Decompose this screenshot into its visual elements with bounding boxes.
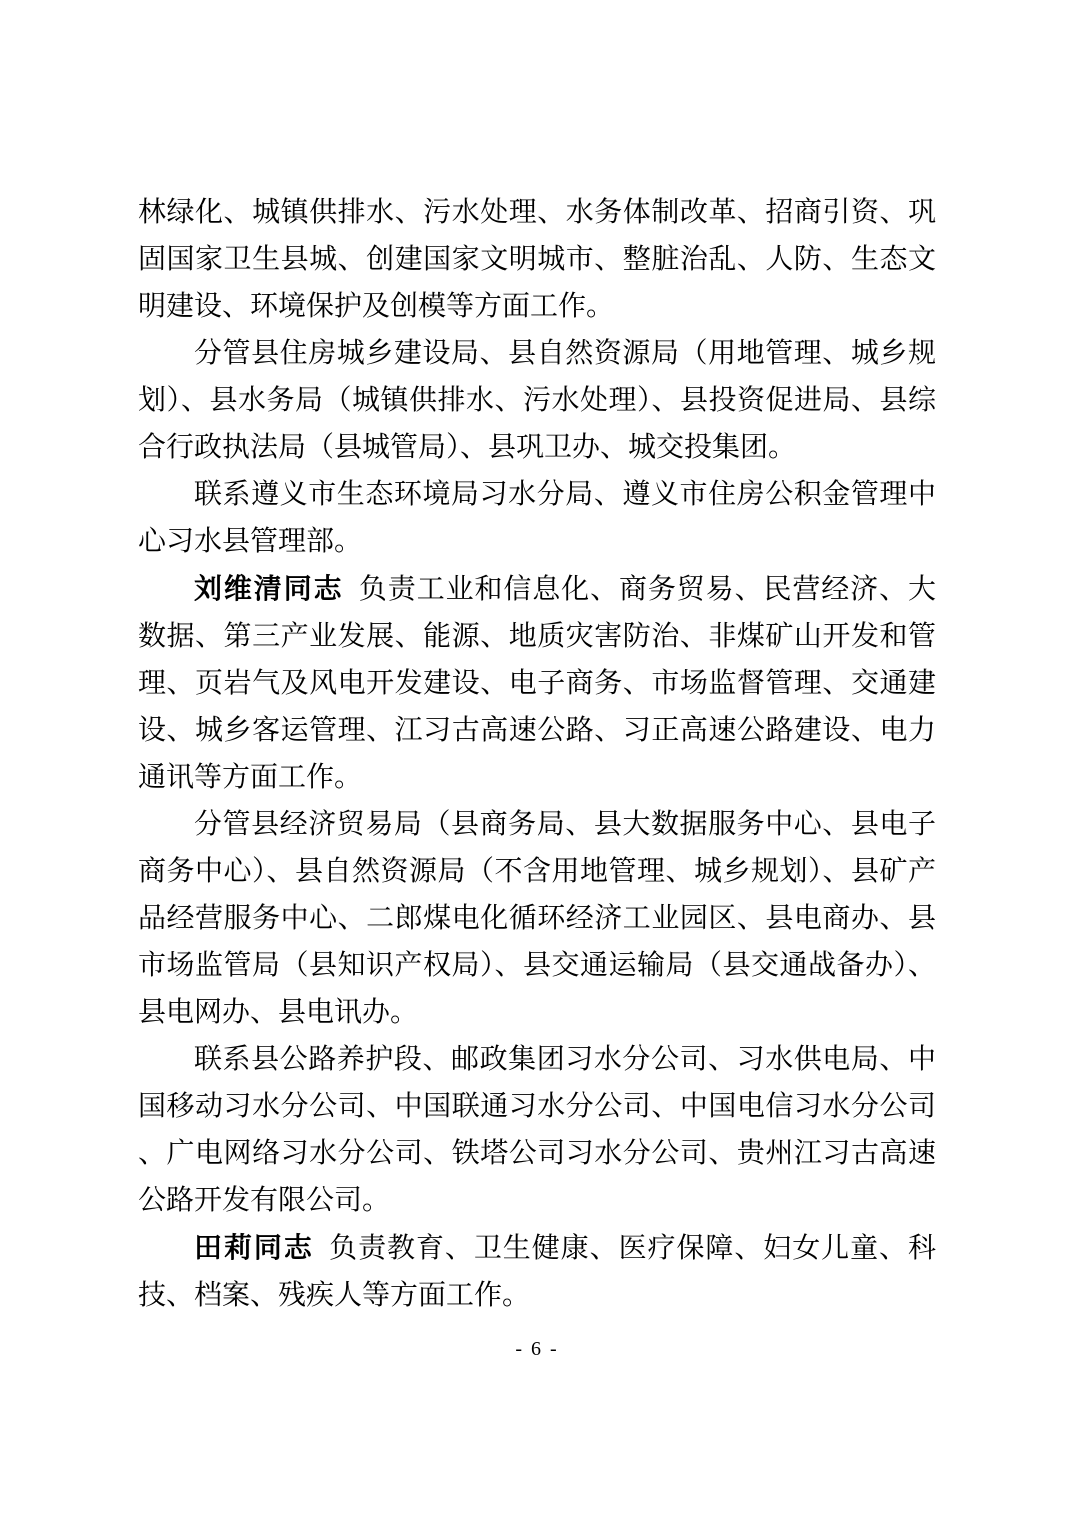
paragraph-liu-weiqing-duties: 刘维清同志负责工业和信息化、商务贸易、民营经济、大数据、第三产业发展、能源、地质…	[138, 565, 936, 801]
paragraph-text: 分管县经济贸易局（县商务局、县大数据服务中心、县电子商务中心）、县自然资源局（不…	[138, 809, 936, 1028]
paragraph-lianxi-companies: 联系县公路养护段、邮政集团习水分公司、习水供电局、中国移动习水分公司、中国联通习…	[138, 1036, 936, 1224]
page-number: - 6 -	[515, 1338, 558, 1360]
paragraph-text: 联系县公路养护段、邮政集团习水分公司、习水供电局、中国移动习水分公司、中国联通习…	[138, 1044, 936, 1216]
person-name-tian-li: 田莉同志	[194, 1232, 314, 1263]
paragraph-text: 负责工业和信息化、商务贸易、民营经济、大数据、第三产业发展、能源、地质灾害防治、…	[138, 574, 936, 793]
person-name-liu-weiqing: 刘维清同志	[194, 573, 344, 604]
page-footer: - 6 -	[0, 1338, 1074, 1361]
paragraph-continuation: 林绿化、城镇供排水、污水处理、水务体制改革、招商引资、巩固国家卫生县城、创建国家…	[138, 189, 936, 330]
paragraph-tian-li-duties: 田莉同志负责教育、卫生健康、医疗保障、妇女儿童、科技、档案、残疾人等方面工作。	[138, 1224, 936, 1319]
paragraph-lianxi-zunyi: 联系遵义市生态环境局习水分局、遵义市住房公积金管理中心习水县管理部。	[138, 471, 936, 565]
paragraph-fenguan-economy: 分管县经济贸易局（县商务局、县大数据服务中心、县电子商务中心）、县自然资源局（不…	[138, 801, 936, 1036]
document-body: 林绿化、城镇供排水、污水处理、水务体制改革、招商引资、巩固国家卫生县城、创建国家…	[138, 189, 936, 1319]
paragraph-text: 联系遵义市生态环境局习水分局、遵义市住房公积金管理中心习水县管理部。	[138, 479, 936, 557]
paragraph-text: 林绿化、城镇供排水、污水处理、水务体制改革、招商引资、巩固国家卫生县城、创建国家…	[138, 197, 936, 322]
document-page: 林绿化、城镇供排水、污水处理、水务体制改革、招商引资、巩固国家卫生县城、创建国家…	[0, 0, 1074, 1520]
paragraph-fenguan-construction: 分管县住房城乡建设局、县自然资源局（用地管理、城乡规划）、县水务局（城镇供排水、…	[138, 330, 936, 471]
paragraph-text: 分管县住房城乡建设局、县自然资源局（用地管理、城乡规划）、县水务局（城镇供排水、…	[138, 338, 936, 463]
